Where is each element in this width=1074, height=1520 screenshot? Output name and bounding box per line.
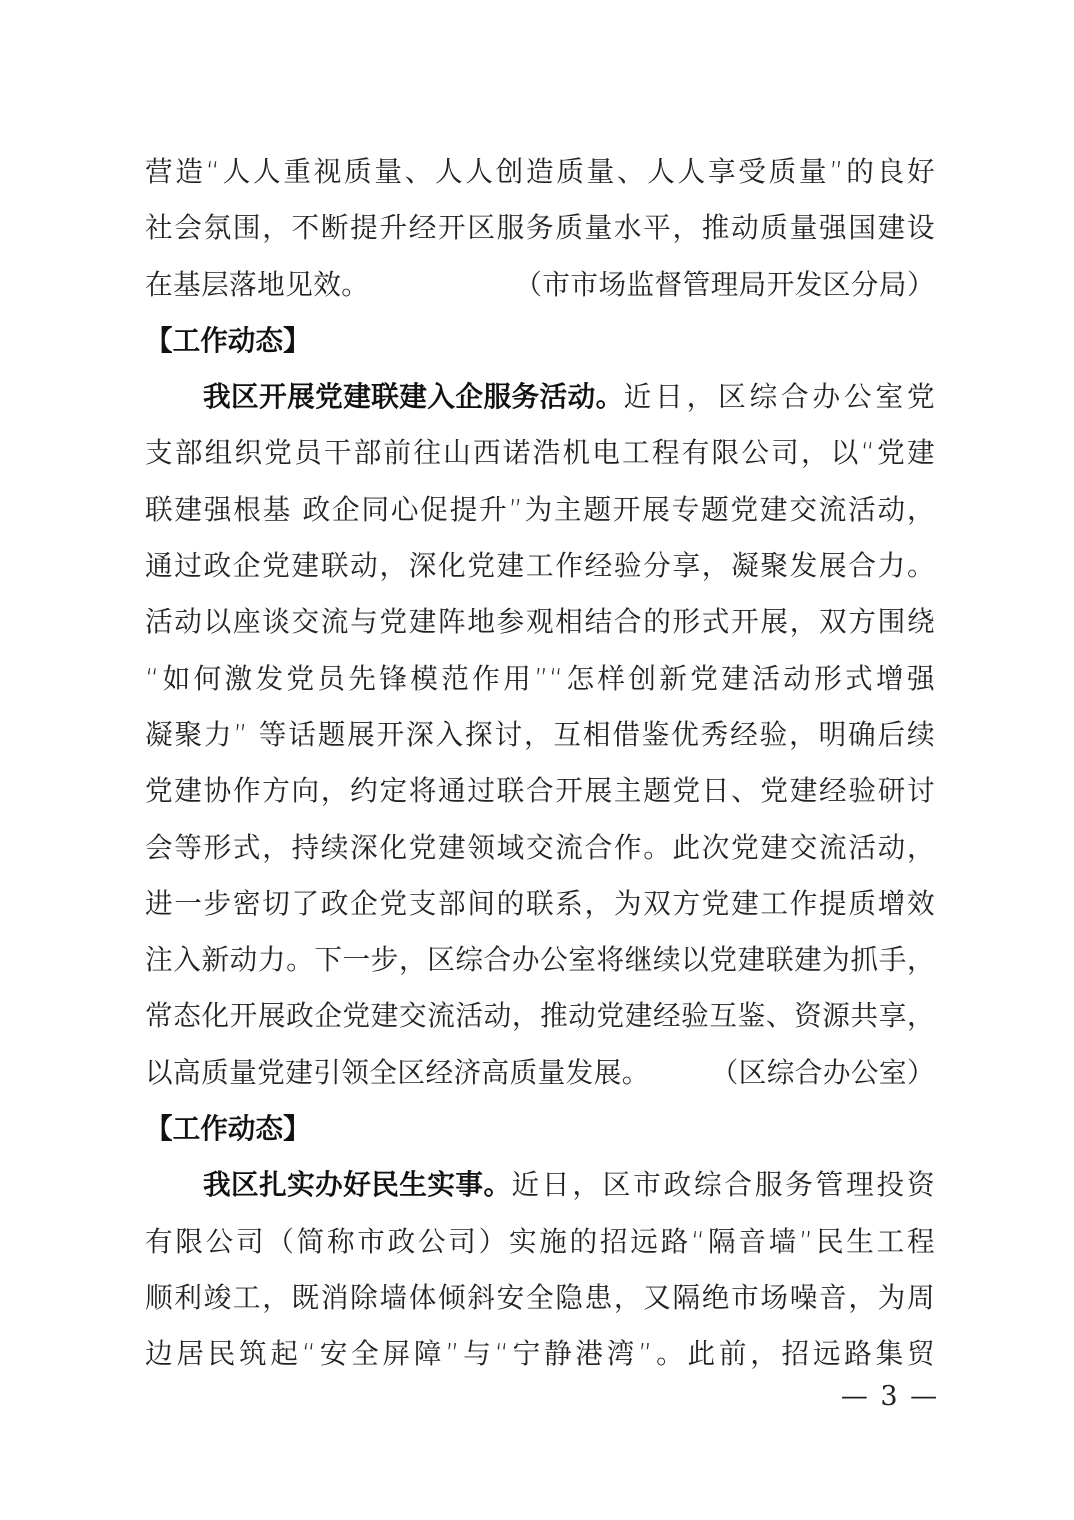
- body-line: 边居民筑起“安全屏障”与“宁静港湾”。此前，招远路集贸: [145, 1326, 935, 1382]
- body-line: 顺利竣工，既消除墙体倾斜安全隐患，又隔绝市场噪音，为周: [145, 1270, 935, 1326]
- body-line: 进一步密切了政企党支部间的联系，为双方党建工作提质增效: [145, 876, 935, 932]
- body-text: 以高质量党建引领全区经济高质量发展。: [145, 1045, 650, 1101]
- body-text: 在基层落地见效。: [145, 257, 369, 313]
- body-line: 社会氛围，不断提升经开区服务质量水平，推动质量强国建设: [145, 200, 935, 256]
- source-attribution: （区综合办公室）: [711, 1045, 935, 1101]
- body-line: 营造“人人重视质量、人人创造质量、人人享受质量”的良好: [145, 144, 935, 200]
- body-line: 有限公司（简称市政公司）实施的招远路“隔音墙”民生工程: [145, 1214, 935, 1270]
- body-text: 近日，区市政综合服务管理投资: [511, 1157, 935, 1213]
- section-heading: 【工作动态】: [145, 1101, 935, 1157]
- body-line: 活动以座谈交流与党建阵地参观相结合的形式开展，双方围绕: [145, 594, 935, 650]
- body-line: 通过政企党建联动，深化党建工作经验分享，凝聚发展合力。: [145, 538, 935, 594]
- section-heading: 【工作动态】: [145, 313, 935, 369]
- body-line: 会等形式，持续深化党建领域交流合作。此次党建交流活动，: [145, 820, 935, 876]
- body-line-with-source: 在基层落地见效。 （市市场监督管理局开发区分局）: [145, 257, 935, 313]
- body-line: “如何激发党员先锋模范作用”“怎样创新党建活动形式增强: [145, 651, 935, 707]
- page-number: — 3 —: [840, 1381, 940, 1412]
- body-line: 党建协作方向，约定将通过联合开展主题党日、党建经验研讨: [145, 763, 935, 819]
- body-line: 凝聚力” 等话题展开深入探讨，互相借鉴优秀经验，明确后续: [145, 707, 935, 763]
- body-line-with-source: 以高质量党建引领全区经济高质量发展。 （区综合办公室）: [145, 1045, 935, 1101]
- source-attribution: （市市场监督管理局开发区分局）: [514, 257, 935, 313]
- article-lead-line: 我区开展党建联建入企服务活动。 近日，区综合办公室党: [145, 369, 935, 425]
- article-lead-line: 我区扎实办好民生实事。 近日，区市政综合服务管理投资: [145, 1157, 935, 1213]
- body-line: 联建强根基 政企同心促提升”为主题开展专题党建交流活动，: [145, 482, 935, 538]
- article-title: 我区扎实办好民生实事。: [203, 1157, 511, 1213]
- body-line: 支部组织党员干部前往山西诺浩机电工程有限公司，以“党建: [145, 425, 935, 481]
- article-title: 我区开展党建联建入企服务活动。: [203, 369, 624, 425]
- body-line: 常态化开展政企党建交流活动，推动党建经验互鉴、资源共享，: [145, 988, 935, 1044]
- document-page: 营造“人人重视质量、人人创造质量、人人享受质量”的良好 社会氛围，不断提升经开区…: [145, 144, 935, 1383]
- body-text: 近日，区综合办公室党: [624, 369, 935, 425]
- body-line: 注入新动力。下一步，区综合办公室将继续以党建联建为抓手，: [145, 932, 935, 988]
